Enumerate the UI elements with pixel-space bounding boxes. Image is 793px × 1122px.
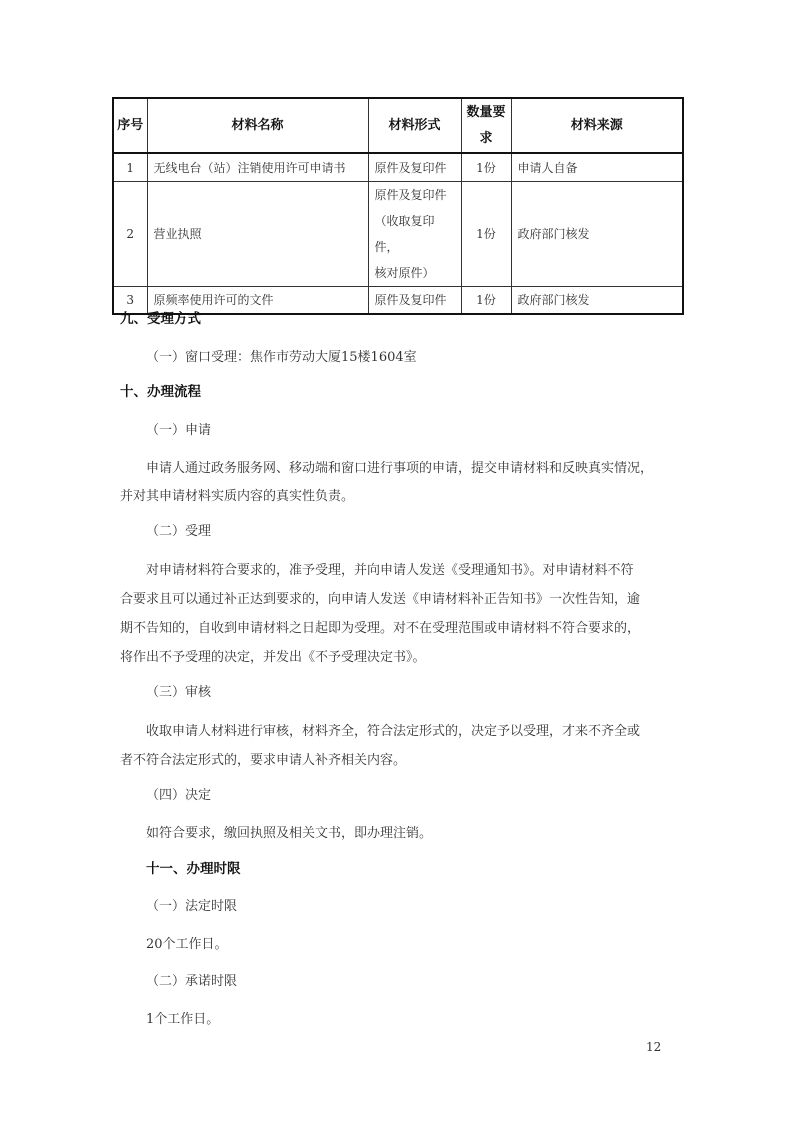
header-no: 序号 (113, 98, 147, 153)
step-title-apply: （一）申请 (146, 419, 211, 438)
cell-qty: 1份 (461, 182, 511, 287)
cell-form: 原件及复印件 (368, 153, 461, 182)
step-review-text-line1: 收取申请人材料进行审核，材料齐全，符合法定形式的，决定予以受理，才来不齐全或 (146, 720, 640, 739)
header-qty-line1: 数量 (466, 105, 492, 120)
step-title-accept: （二）受理 (146, 520, 211, 539)
cell-form-line: 核对原件） (375, 260, 455, 286)
cell-source: 政府部门核发 (511, 182, 683, 287)
step-apply-text-line2: 并对其申请材料实质内容的真实性负责。 (120, 485, 354, 504)
step-apply-text-line1: 申请人通过政务服务网、移动端和窗口进行事项的申请，提交申请材料和反映真实情况， (146, 457, 653, 476)
cell-form-line: 原件及复印件 (375, 182, 455, 208)
section-heading-time-limit: 十一、办理时限 (146, 857, 241, 877)
promised-time-limit-value: 1个工作日。 (146, 1008, 219, 1027)
step-decision-text-line1: 如符合要求，缴回执照及相关文书，即办理注销。 (146, 822, 432, 841)
header-no-line2: 号 (130, 118, 143, 133)
step-accept-text-line2: 合要求且可以通过补正达到要求的，向申请人发送《申请材料补正告知书》一次性告知，逾 (120, 588, 640, 607)
cell-source: 政府部门核发 (511, 287, 683, 315)
document-page: 序号 材料名称 材料形式 数量要求 材料来源 1 无线电台（站）注销使用许可申请… (0, 0, 793, 1122)
step-title-decision: （四）决定 (146, 784, 211, 803)
legal-time-limit-value: 20个工作日。 (146, 933, 228, 952)
step-title-review: （三）审核 (146, 681, 211, 700)
cell-qty: 1份 (461, 153, 511, 182)
header-name: 材料名称 (147, 98, 368, 153)
section-heading-process: 十、办理流程 (120, 380, 201, 400)
page-number: 12 (646, 1040, 661, 1054)
step-accept-text-line4: 将作出不予受理的决定，并发出《不予受理决定书》。 (120, 646, 426, 665)
promised-time-limit-title: （二）承诺时限 (146, 970, 237, 989)
table-header-row: 序号 材料名称 材料形式 数量要求 材料来源 (113, 98, 683, 153)
cell-name: 无线电台（站）注销使用许可申请书 (147, 153, 368, 182)
header-qty: 数量要求 (461, 98, 511, 153)
step-review-text-line2: 者不符合法定形式的，要求申请人补齐相关内容。 (120, 749, 406, 768)
cell-no: 2 (113, 182, 147, 287)
materials-table: 序号 材料名称 材料形式 数量要求 材料来源 1 无线电台（站）注销使用许可申请… (112, 97, 684, 315)
cell-form-line: （收取复印件， (375, 208, 455, 260)
acceptance-window-item: （一）窗口受理：焦作市劳动大厦15楼1604室 (146, 346, 417, 365)
cell-form: 原件及复印件 (368, 287, 461, 315)
cell-qty: 1份 (461, 287, 511, 315)
legal-time-limit-title: （一）法定时限 (146, 895, 237, 914)
section-heading-acceptance-method: 九、受理方式 (120, 307, 201, 327)
header-source: 材料来源 (511, 98, 683, 153)
table-row: 2 营业执照 原件及复印件 （收取复印件， 核对原件） 1份 政府部门核发 (113, 182, 683, 287)
cell-name: 营业执照 (147, 182, 368, 287)
header-form: 材料形式 (368, 98, 461, 153)
step-accept-text-line3: 期不告知的，自收到申请材料之日起即为受理。对不在受理范围或申请材料不符合要求的， (120, 617, 640, 636)
cell-source: 申请人自备 (511, 153, 683, 182)
cell-form: 原件及复印件 （收取复印件， 核对原件） (368, 182, 461, 287)
step-accept-text-line1: 对申请材料符合要求的，准予受理，并向申请人发送《受理通知书》。对申请材料不符 (146, 559, 634, 578)
table-row: 1 无线电台（站）注销使用许可申请书 原件及复印件 1份 申请人自备 (113, 153, 683, 182)
cell-no: 1 (113, 153, 147, 182)
header-no-line1: 序 (117, 118, 130, 133)
